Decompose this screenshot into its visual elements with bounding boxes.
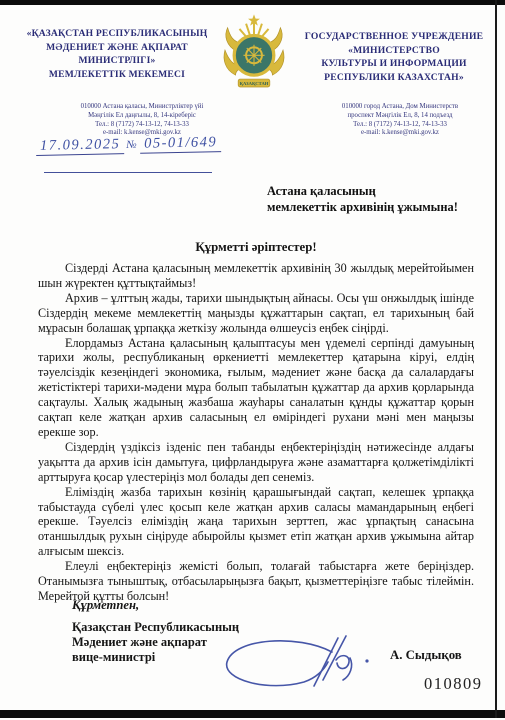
- body-paragraph: Архив – ұлттың жады, тарихи шындықтың ай…: [38, 291, 474, 336]
- address-line: Тел.: 8 (7172) 74-13-12, 74-13-33: [42, 121, 242, 130]
- number-sign: №: [124, 139, 140, 151]
- org-kk-line: МӘДЕНИЕТ ЖӘНЕ АҚПАРАТ: [16, 41, 218, 55]
- address-block-kazakh: 010000 Астана қаласы, Министрліктер үйі …: [42, 103, 242, 138]
- org-kk-line: МИНИСТРЛІГІ»: [16, 54, 218, 68]
- org-name-kazakh: «ҚАЗАҚСТАН РЕСПУБЛИКАСЫНЫҢ МӘДЕНИЕТ ЖӘНЕ…: [16, 27, 218, 81]
- salutation: Құрметті әріптестер!: [38, 240, 474, 255]
- address-line: e-mail: k.kense@mki.gov.kz: [302, 129, 498, 138]
- reference-number: 05-01/649: [140, 134, 221, 154]
- scanned-letter-page: «ҚАЗАҚСТАН РЕСПУБЛИКАСЫНЫҢ МӘДЕНИЕТ ЖӘНЕ…: [0, 0, 505, 720]
- signatory-name: А. Сыдықов: [390, 648, 462, 663]
- recipient-line: Астана қаласының: [267, 184, 482, 200]
- org-kk-line: МЕМЛЕКЕТТІК МЕКЕМЕСІ: [16, 68, 218, 82]
- handwritten-signature: [220, 630, 376, 696]
- valediction: Құрметпен,: [72, 598, 139, 613]
- scan-edge-bottom: [0, 710, 505, 718]
- stamp-number: 010809: [424, 674, 483, 694]
- org-ru-line: «МИНИСТЕРСТВО: [296, 44, 492, 58]
- address-line: 010000 город Астана, Дом Министерств: [302, 103, 498, 112]
- letter-body: Сіздерді Астана қаласының мемлекеттік ар…: [38, 261, 474, 604]
- address-line: проспект Мәңгілік Ел, 8, 14 подъезд: [302, 112, 498, 121]
- address-block-russian: 010000 город Астана, Дом Министерств про…: [302, 103, 498, 138]
- kazakhstan-emblem-icon: ҚАЗАҚСТАН: [221, 11, 287, 97]
- org-ru-line: ГОСУДАРСТВЕННОЕ УЧРЕЖДЕНИЕ: [296, 30, 492, 44]
- reference-blank-line: [44, 172, 212, 173]
- org-ru-line: КУЛЬТУРЫ И ИНФОРМАЦИИ: [296, 57, 492, 71]
- address-line: 010000 Астана қаласы, Министрліктер үйі: [42, 103, 242, 112]
- handwritten-reference: 17.09.2025№05-01/649: [36, 134, 222, 155]
- body-paragraph: Сіздерді Астана қаласының мемлекеттік ар…: [38, 261, 474, 291]
- recipient-block: Астана қаласының мемлекеттік архивінің ұ…: [267, 184, 482, 215]
- body-paragraph: Еліміздің жазба тарихын көзінің қарашығы…: [38, 485, 474, 560]
- reference-date: 17.09.2025: [36, 136, 125, 156]
- body-paragraph: Сіздердің үздіксіз ізденіс пен табанды е…: [38, 440, 474, 485]
- org-ru-line: РЕСПУБЛИКИ КАЗАХСТАН»: [296, 71, 492, 85]
- org-kk-line: «ҚАЗАҚСТАН РЕСПУБЛИКАСЫНЫҢ: [16, 27, 218, 41]
- scan-edge-top: [0, 0, 505, 5]
- address-line: Тел.: 8 (7172) 74-13-12, 74-13-33: [302, 121, 498, 130]
- recipient-line: мемлекеттік архивінің ұжымына!: [267, 200, 482, 216]
- body-paragraph: Елордамыз Астана қаласының қалыптасуы ме…: [38, 336, 474, 440]
- org-name-russian: ГОСУДАРСТВЕННОЕ УЧРЕЖДЕНИЕ «МИНИСТЕРСТВО…: [296, 30, 492, 84]
- address-line: Мәңгілік Ел даңғылы, 8, 14-кіреберіс: [42, 112, 242, 121]
- emblem-banner-text: ҚАЗАҚСТАН: [240, 81, 269, 86]
